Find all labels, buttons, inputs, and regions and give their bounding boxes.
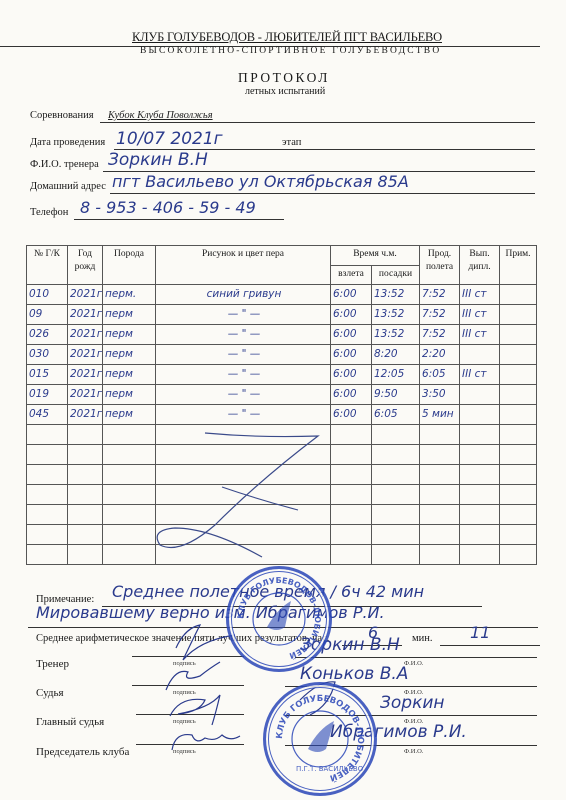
cell-diploma	[460, 405, 500, 425]
cell-note	[500, 345, 537, 365]
address-value: пгт Васильево ул Октябрьская 85А	[112, 172, 409, 191]
table-row: 045 2021г перм — " — 6:00 6:05 5 мин	[27, 405, 537, 425]
avg-minutes-value: 11	[470, 623, 490, 642]
phone-label: Телефон	[30, 207, 68, 218]
cell-gk: 030	[27, 345, 68, 365]
cell-diploma: III ст	[460, 365, 500, 385]
table-row-empty	[27, 545, 537, 565]
avg-min-line	[440, 645, 540, 646]
cell-color: — " —	[156, 325, 331, 345]
judge-signature-line	[132, 685, 244, 686]
cell-diploma	[460, 385, 500, 405]
cell-gk: 026	[27, 325, 68, 345]
cell-year: 2021г	[68, 345, 103, 365]
cell-note	[500, 365, 537, 385]
cell-year: 2021г	[68, 385, 103, 405]
cell-landing: 13:52	[372, 325, 420, 345]
signature-hint: подпись	[173, 660, 196, 667]
cell-color: — " —	[156, 385, 331, 405]
cell-year: 2021г	[68, 325, 103, 345]
cell-diploma: III ст	[460, 285, 500, 305]
cell-breed: перм	[103, 345, 156, 365]
cell-gk: 09	[27, 305, 68, 325]
cell-duration: 7:52	[420, 285, 460, 305]
cell-color: — " —	[156, 345, 331, 365]
cell-color: синий гривун	[156, 285, 331, 305]
cell-landing: 13:52	[372, 285, 420, 305]
cell-landing: 12:05	[372, 365, 420, 385]
cell-gk: 010	[27, 285, 68, 305]
signer-role-trainer: Тренер	[36, 658, 69, 670]
cell-color: — " —	[156, 305, 331, 325]
competition-label: Соревнования	[30, 110, 94, 121]
date-value: 10/07 2021г	[116, 129, 223, 149]
address-line	[110, 193, 535, 194]
table-row: 09 2021г перм — " — 6:00 13:52 7:52 III …	[27, 305, 537, 325]
table-row-empty	[27, 465, 537, 485]
dove-icon	[267, 601, 291, 630]
cell-landing: 13:52	[372, 305, 420, 325]
cell-takeoff: 6:00	[331, 305, 372, 325]
avg-min-label: мин.	[412, 633, 433, 644]
cell-takeoff: 6:00	[331, 405, 372, 425]
cell-breed: перм	[103, 405, 156, 425]
cell-breed: перм.	[103, 285, 156, 305]
cell-landing: 6:05	[372, 405, 420, 425]
col-gk: № Г/К	[27, 246, 68, 285]
signer-role-chief-judge: Главный судья	[36, 716, 104, 728]
club-stamp-bottom: КЛУБ ГОЛУБЕВОДОВ-ЛЮБИТЕЛЕЙ П.Г.Т. ВАСИЛЬ…	[263, 682, 377, 796]
cell-takeoff: 6:00	[331, 325, 372, 345]
club-subtitle: ВЫСОКОЛЕТНО-СПОРТИВНОЕ ГОЛУБЕВОДСТВО	[140, 46, 441, 56]
table-row: 026 2021г перм — " — 6:00 13:52 7:52 III…	[27, 325, 537, 345]
cell-breed: перм	[103, 325, 156, 345]
table-row-empty	[27, 485, 537, 505]
cell-landing: 9:50	[372, 385, 420, 405]
col-year: Год рожд	[68, 246, 103, 285]
table-row: 030 2021г перм — " — 6:00 8:20 2:20	[27, 345, 537, 365]
table-row-empty	[27, 445, 537, 465]
cell-duration: 6:05	[420, 365, 460, 385]
address-label: Домашний адрес	[30, 181, 106, 192]
cell-duration: 2:20	[420, 345, 460, 365]
cell-duration: 7:52	[420, 325, 460, 345]
signer-role-chairman: Председатель клуба	[36, 746, 129, 758]
cell-takeoff: 6:00	[331, 365, 372, 385]
table-row-empty	[27, 525, 537, 545]
phone-value: 8 - 953 - 406 - 59 - 49	[80, 198, 256, 217]
col-color: Рисунок и цвет пера	[156, 246, 331, 285]
cell-year: 2021г	[68, 365, 103, 385]
cell-gk: 015	[27, 365, 68, 385]
club-name: КЛУБ ГОЛУБЕВОДОВ - ЛЮБИТЕЛЕЙ ПГТ ВАСИЛЬЕ…	[132, 30, 442, 45]
cell-note	[500, 385, 537, 405]
cell-duration: 7:52	[420, 305, 460, 325]
cell-note	[500, 285, 537, 305]
date-label: Дата проведения	[30, 137, 105, 148]
table-row-empty	[27, 505, 537, 525]
stage-label: этап	[282, 137, 301, 148]
cell-duration: 3:50	[420, 385, 460, 405]
trainer-value: Зоркин В.Н	[108, 150, 208, 170]
table-row: 019 2021г перм — " — 6:00 9:50 3:50	[27, 385, 537, 405]
cell-year: 2021г	[68, 285, 103, 305]
chief-judge-name: Зоркин	[380, 693, 445, 713]
cell-color: — " —	[156, 365, 331, 385]
competition-line	[100, 122, 535, 123]
club-title-line: КЛУБ ГОЛУБЕВОДОВ - ЛЮБИТЕЛЕЙ ПГТ ВАСИЛЬЕ…	[0, 32, 540, 47]
competition-value: Кубок Клуба Поволжья	[108, 110, 213, 121]
cell-diploma	[460, 345, 500, 365]
signer-role-judge: Судья	[36, 687, 64, 699]
cell-color: — " —	[156, 405, 331, 425]
trainer-label: Ф.И.О. тренера	[30, 159, 99, 170]
club-stamp-top: КЛУБ ГОЛУБЕВОДОВ-ЛЮБИТЕЛЕЙ	[226, 566, 332, 672]
note-line2-value: Мировавшему верно изм. Ибрагимов Р.И.	[36, 603, 385, 622]
cell-breed: перм	[103, 385, 156, 405]
document-subtitle: летных испытаний	[245, 86, 325, 97]
cell-duration: 5 мин	[420, 405, 460, 425]
cell-gk: 045	[27, 405, 68, 425]
col-diploma: Вып. дипл.	[460, 246, 500, 285]
trainer-signature-line	[132, 656, 244, 657]
chief-judge-signature-line	[136, 714, 244, 715]
phone-line	[74, 219, 284, 220]
table-row: 010 2021г перм. синий гривун 6:00 13:52 …	[27, 285, 537, 305]
cell-diploma: III ст	[460, 325, 500, 345]
signature-hint: подпись	[173, 748, 196, 755]
col-landing: посадки	[372, 266, 420, 285]
cell-year: 2021г	[68, 305, 103, 325]
col-duration: Прод. полета	[420, 246, 460, 285]
col-takeoff: взлета	[331, 266, 372, 285]
cell-note	[500, 325, 537, 345]
signature-hint: подпись	[173, 718, 196, 725]
cell-breed: перм	[103, 365, 156, 385]
table-row-empty	[27, 425, 537, 445]
cell-gk: 019	[27, 385, 68, 405]
col-breed: Порода	[103, 246, 156, 285]
cell-landing: 8:20	[372, 345, 420, 365]
col-time: Время ч.м.	[331, 246, 420, 266]
document-title: ПРОТОКОЛ	[238, 70, 330, 86]
table-row: 015 2021г перм — " — 6:00 12:05 6:05 III…	[27, 365, 537, 385]
col-note: Прим.	[500, 246, 537, 285]
name-hint: Ф.И.О.	[404, 748, 423, 755]
cell-takeoff: 6:00	[331, 285, 372, 305]
signature-hint: подпись	[173, 689, 196, 696]
trainer-name-line	[295, 657, 537, 658]
cell-diploma: III ст	[460, 305, 500, 325]
cell-year: 2021г	[68, 405, 103, 425]
dove-icon	[308, 721, 334, 752]
stamp-bottom-text: П.Г.Т. ВАСИЛЬЕВО	[296, 765, 364, 773]
flight-results-table: № Г/К Год рожд Порода Рисунок и цвет пер…	[26, 245, 537, 565]
cell-takeoff: 6:00	[331, 385, 372, 405]
chairman-signature-line	[136, 744, 244, 745]
cell-note	[500, 305, 537, 325]
cell-note	[500, 405, 537, 425]
cell-takeoff: 6:00	[331, 345, 372, 365]
cell-breed: перм	[103, 305, 156, 325]
